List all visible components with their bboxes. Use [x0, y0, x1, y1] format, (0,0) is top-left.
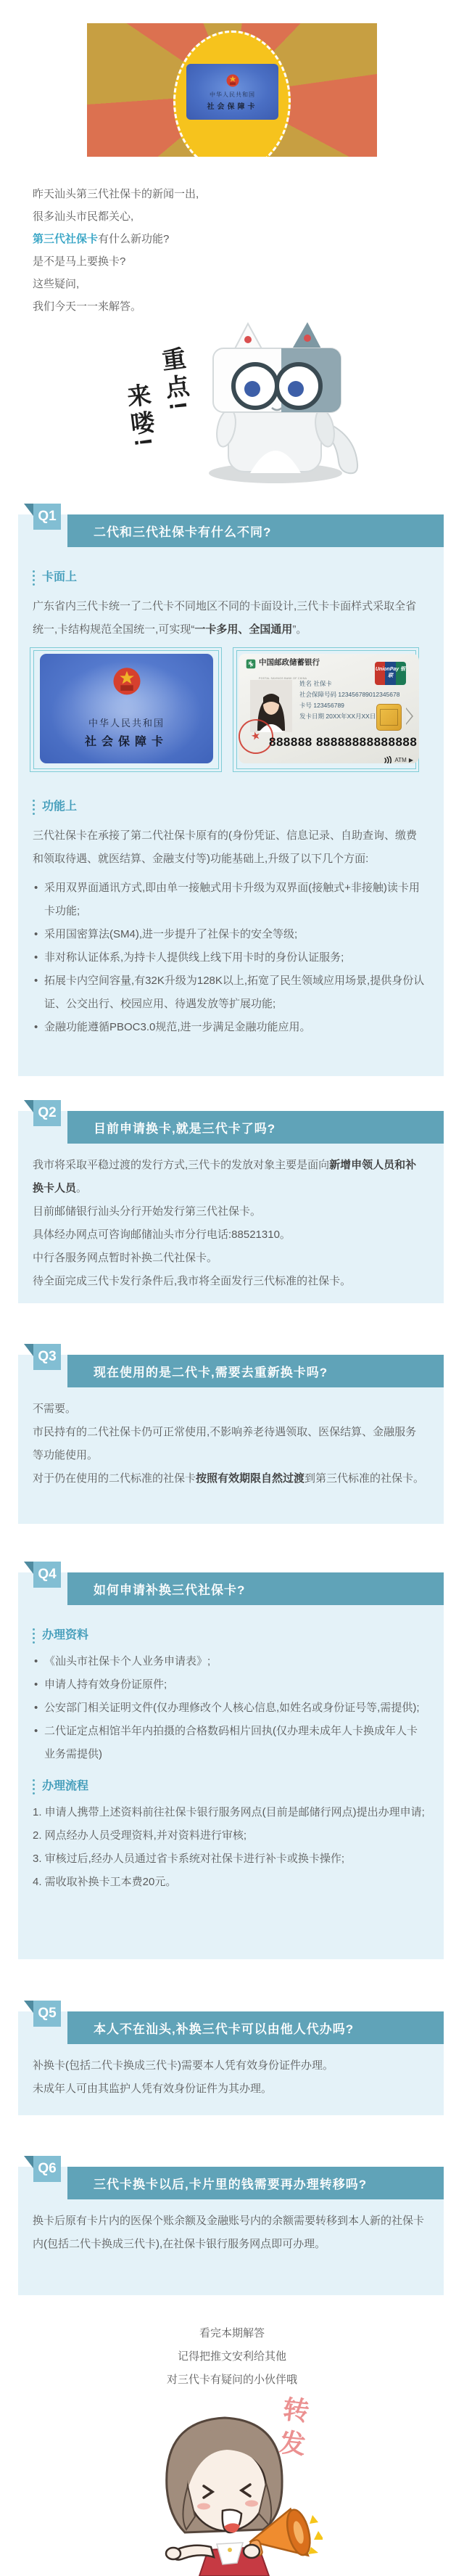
intro-paragraph: 昨天汕头第三代社保卡的新闻一出, 很多汕头市民都关心, 第三代社保卡有什么新功能…: [33, 183, 439, 318]
q5-line: 补换卡(包括二代卡换成三代卡)需要本人凭有效身份证件办理。: [33, 2054, 425, 2077]
q2-question: 目前申请换卡,就是三代卡了吗?: [94, 1118, 275, 1136]
intro-line: 这些疑问,: [33, 273, 439, 295]
list-item: 申请人持有效身份证原件;: [33, 1673, 425, 1697]
list-item: 采用国密算法(SM4),进一步提升了社保卡的安全等级;: [33, 923, 425, 946]
step-item: 2. 网点经办人员受理资料,并对资料进行审核;: [33, 1824, 425, 1847]
q1-badge: Q1: [33, 504, 61, 530]
field-ssn: 社会保障号码 123456789012345678: [299, 689, 399, 700]
q1-question: 二代和三代社保卡有什么不同?: [94, 522, 271, 540]
q4-badge: Q4: [33, 1562, 61, 1588]
q2-line: 目前邮储银行汕头分行开始发行第三代社保卡。: [33, 1200, 425, 1223]
field-name: 姓名 社保卡: [299, 678, 399, 689]
intro-line-rest: 有什么新功能?: [98, 233, 169, 245]
chip-icon: [376, 704, 402, 731]
psbc-logo-icon: [246, 659, 256, 669]
intro-line: 是不是马上要换卡?: [33, 250, 439, 273]
q3-badge: Q3: [33, 1344, 61, 1370]
banner-social-security-card: 中华人民共和国 社会保障卡: [186, 64, 278, 120]
subheading-label: 功能上: [42, 795, 77, 819]
q3-line: 不需要。: [33, 1398, 425, 1421]
dotted-marker-icon: [33, 1628, 35, 1644]
second-gen-card-image: 中华人民共和国 社会保障卡: [40, 654, 213, 763]
q3-question-bar: 现在使用的是二代卡,需要去重新换卡吗?: [67, 1355, 444, 1387]
closing-line: 记得把推文安利给其他: [0, 2345, 464, 2368]
q2-badge: Q2: [33, 1100, 61, 1126]
banner-card-country: 中华人民共和国: [210, 91, 255, 99]
q3-line: 市民持有的二代社保卡仍可正常使用,不影响养老待遇领取、医保结算、金融服务等功能使…: [33, 1421, 425, 1467]
card-footnote: 服务电话(人力资源社会保障)12333 中国邮政储蓄银行 95580: [244, 760, 413, 763]
q1-question-bar: 二代和三代社保卡有什么不同?: [67, 514, 444, 547]
q1-card-paragraph: 广东省内三代卡统一了二代卡不同地区不同的卡面设计,三代卡卡面样式采取全省统一,卡…: [33, 595, 425, 641]
q2-line: 中行各服务网点暂时补换二代社保卡。: [33, 1247, 425, 1270]
q5-badge: Q5: [33, 2001, 61, 2027]
badge-fold-icon: [24, 504, 33, 516]
third-gen-card-frame: 中国邮政储蓄银行 POSTAL SAVINGS BANK OF CHINA Un…: [233, 647, 419, 772]
q6-body: 换卡后原有卡片内的医保个账余额及金融账号内的余额需要转移到本人新的社保卡内(包括…: [18, 2199, 444, 2256]
q2-body: 我市将采取平稳过渡的发行方式,三代卡的发放对象主要是面向新增申领人员和补换卡人员…: [18, 1144, 444, 1293]
paragraph-text: 到第三代标准的社保卡。: [304, 1472, 424, 1485]
q3-body: 不需要。 市民持有的二代社保卡仍可正常使用,不影响养老待遇领取、医保结算、金融服…: [18, 1387, 444, 1490]
closing-line: 对三代卡有疑问的小伙伴哦: [0, 2368, 464, 2392]
badge-fold-icon: [24, 1344, 33, 1356]
paragraph-text: 。: [76, 1182, 87, 1194]
list-item: 金融功能遵循PBOC3.0规范,进一步满足金融功能应用。: [33, 1016, 425, 1039]
badge-fold-icon: [24, 2001, 33, 2013]
q3-line: 对于仍在使用的二代标准的社保卡按照有效期限自然过渡到第三代标准的社保卡。: [33, 1467, 425, 1490]
subheading-function: 功能上: [33, 795, 425, 819]
list-item: 采用双界面通讯方式,即由单一接触式用卡升级为双界面(接触式+非接触)读卡用卡功能…: [33, 877, 425, 923]
card-comparison-images: 中华人民共和国 社会保障卡 中国邮政: [24, 647, 425, 787]
paragraph-bold: 一卡多用、全国通用: [194, 623, 292, 636]
intro-line: 第三代社保卡有什么新功能?: [33, 228, 439, 250]
header-banner: 中华人民共和国 社会保障卡: [87, 23, 377, 157]
banner-card-title: 社会保障卡: [207, 100, 258, 111]
second-gen-card-frame: 中华人民共和国 社会保障卡: [30, 647, 222, 772]
q2-line: 具体经办网点可咨询邮储汕头市分行电话:88521310。: [33, 1223, 425, 1247]
q2-paragraph: 我市将采取平稳过渡的发行方式,三代卡的发放对象主要是面向新增申领人员和补换卡人员…: [33, 1154, 425, 1200]
qa-section-q4: Q4 如何申请补换三代社保卡? 办理资料 《汕头市社保卡个人业务申请表》; 申请…: [18, 1572, 444, 1959]
q4-documents-list: 《汕头市社保卡个人业务申请表》; 申请人持有效身份证原件; 公安部门相关证明文件…: [33, 1650, 425, 1766]
bank-name: 中国邮政储蓄银行: [259, 659, 320, 667]
subheading-label: 办理资料: [42, 1624, 88, 1647]
subheading-label: 办理流程: [42, 1775, 88, 1798]
list-item: 二代证定点相馆半年内拍摄的合格数码相片回执(仅办理未成年人卡换成年人卡业务需提供…: [33, 1720, 425, 1766]
dotted-marker-icon: [33, 800, 35, 815]
closing-line: 看完本期解答: [0, 2322, 464, 2345]
q6-paragraph: 换卡后原有卡片内的医保个账余额及金融账号内的余额需要转移到本人新的社保卡内(包括…: [33, 2210, 425, 2256]
list-item: 拓展卡内空间容量,有32K升级为128K以上,拓宽了民生领域应用场景,提供身份认…: [33, 969, 425, 1016]
qa-section-q1: Q1 二代和三代社保卡有什么不同? 卡面上 广东省内三代卡统一了二代卡不同地区不…: [18, 514, 444, 1076]
q5-question-bar: 本人不在汕头,补换三代卡可以由他人代办吗?: [67, 2011, 444, 2044]
badge-fold-icon: [24, 1100, 33, 1112]
intro-line: 昨天汕头第三代社保卡的新闻一出,: [33, 183, 439, 205]
intro-line: 很多汕头市民都关心,: [33, 205, 439, 228]
paragraph-text: ”。: [292, 623, 307, 636]
intro-line: 我们今天一一来解答。: [33, 295, 439, 318]
q4-question-bar: 如何申请补换三代社保卡?: [67, 1572, 444, 1605]
list-item: 《汕头市社保卡个人业务申请表》;: [33, 1650, 425, 1673]
q2-line: 待全面完成三代卡发行条件后,我市将全面发行三代标准的社保卡。: [33, 1270, 425, 1293]
cat-illustration: 重点! 来喽!: [101, 319, 384, 488]
dotted-marker-icon: [33, 1779, 35, 1794]
subheading-label: 卡面上: [42, 566, 77, 589]
q4-body: 办理资料 《汕头市社保卡个人业务申请表》; 申请人持有效身份证原件; 公安部门相…: [18, 1605, 444, 1894]
q6-question-bar: 三代卡换卡以后,卡片里的钱需要再办理转移吗?: [67, 2167, 444, 2199]
qa-section-q2: Q2 目前申请换卡,就是三代卡了吗? 我市将采取平稳过渡的发行方式,三代卡的发放…: [18, 1111, 444, 1303]
q4-process-steps: 1. 申请人携带上述资料前往社保卡银行服务网点(目前是邮储行网点)提出办理申请;…: [33, 1801, 425, 1894]
chip-arrow-icon: [407, 707, 413, 725]
national-emblem-icon: [111, 665, 143, 700]
q3-question: 现在使用的是二代卡,需要去重新换卡吗?: [94, 1362, 328, 1380]
badge-fold-icon: [24, 1562, 33, 1574]
q5-body: 补换卡(包括二代卡换成三代卡)需要本人凭有效身份证件办理。 未成年人可由其监护人…: [18, 2044, 444, 2101]
q4-question: 如何申请补换三代社保卡?: [94, 1580, 245, 1598]
list-item: 非对称认证体系,为持卡人提供线上线下用卡时的身份认证服务;: [33, 946, 425, 969]
q2-question-bar: 目前申请换卡,就是三代卡了吗?: [67, 1111, 444, 1144]
closing-remarks: 看完本期解答 记得把推文安利给其他 对三代卡有疑问的小伙伴哦: [0, 2322, 464, 2392]
step-item: 1. 申请人携带上述资料前往社保卡银行服务网点(目前是邮储行网点)提出办理申请;: [33, 1801, 425, 1824]
q1-function-paragraph: 三代社保卡在承接了第二代社保卡原有的(身份凭证、信息记录、自助查询、缴费和领取待…: [33, 824, 425, 871]
badge-fold-icon: [24, 2156, 33, 2168]
q6-badge: Q6: [33, 2156, 61, 2182]
third-gen-card-image: 中国邮政储蓄银行 POSTAL SAVINGS BANK OF CHINA Un…: [239, 654, 419, 763]
q1-body: 卡面上 广东省内三代卡统一了二代卡不同地区不同的卡面设计,三代卡卡面样式采取全省…: [18, 547, 444, 1039]
qa-section-q6: Q6 三代卡换卡以后,卡片里的钱需要再办理转移吗? 换卡后原有卡片内的医保个账余…: [18, 2167, 444, 2295]
list-item: 公安部门相关证明文件(仅办理修改个人核心信息,如姓名或身份证号等,需提供);: [33, 1697, 425, 1720]
q1-upgrade-list: 采用双界面通讯方式,即由单一接触式用卡升级为双界面(接触式+非接触)读卡用卡功能…: [33, 877, 425, 1039]
paragraph-bold: 按照有效期限自然过渡: [196, 1472, 304, 1485]
subheading-documents: 办理资料: [33, 1624, 425, 1647]
dotted-marker-icon: [33, 570, 35, 586]
cat-drawing: [188, 319, 377, 488]
unionpay-text: UnionPay 银联: [375, 666, 406, 679]
q5-question: 本人不在汕头,补换三代卡可以由他人代办吗?: [94, 2019, 354, 2037]
q6-question: 三代卡换卡以后,卡片里的钱需要再办理转移吗?: [94, 2174, 367, 2192]
third-gen-card-highlight: 第三代社保卡: [33, 233, 98, 245]
cat-speech-text-2: 来喽!: [120, 381, 162, 451]
national-emblem-icon: [225, 73, 240, 89]
qa-section-q3: Q3 现在使用的是二代卡,需要去重新换卡吗? 不需要。 市民持有的二代社保卡仍可…: [18, 1355, 444, 1524]
article-page: 中华人民共和国 社会保障卡 昨天汕头第三代社保卡的新闻一出, 很多汕头市民都关心…: [0, 0, 464, 2576]
card-title-text: 社会保障卡: [40, 731, 213, 754]
step-item: 3. 审核过后,经办人员通过省卡系统对社保卡进行补卡或换卡操作;: [33, 1847, 425, 1871]
q5-line: 未成年人可由其监护人凭有效身份证件为其办理。: [33, 2077, 425, 2101]
step-item: 4. 需收取补换卡工本费20元。: [33, 1871, 425, 1894]
share-call-to-action: 转发: [270, 2395, 314, 2465]
qa-section-q5: Q5 本人不在汕头,补换三代卡可以由他人代办吗? 补换卡(包括二代卡换成三代卡)…: [18, 2011, 444, 2115]
paragraph-text: 对于仍在使用的二代标准的社保卡: [33, 1472, 196, 1485]
subheading-process: 办理流程: [33, 1775, 425, 1798]
subheading-card-face: 卡面上: [33, 566, 425, 589]
paragraph-text: 我市将采取平稳过渡的发行方式,三代卡的发放对象主要是面向: [33, 1159, 329, 1171]
